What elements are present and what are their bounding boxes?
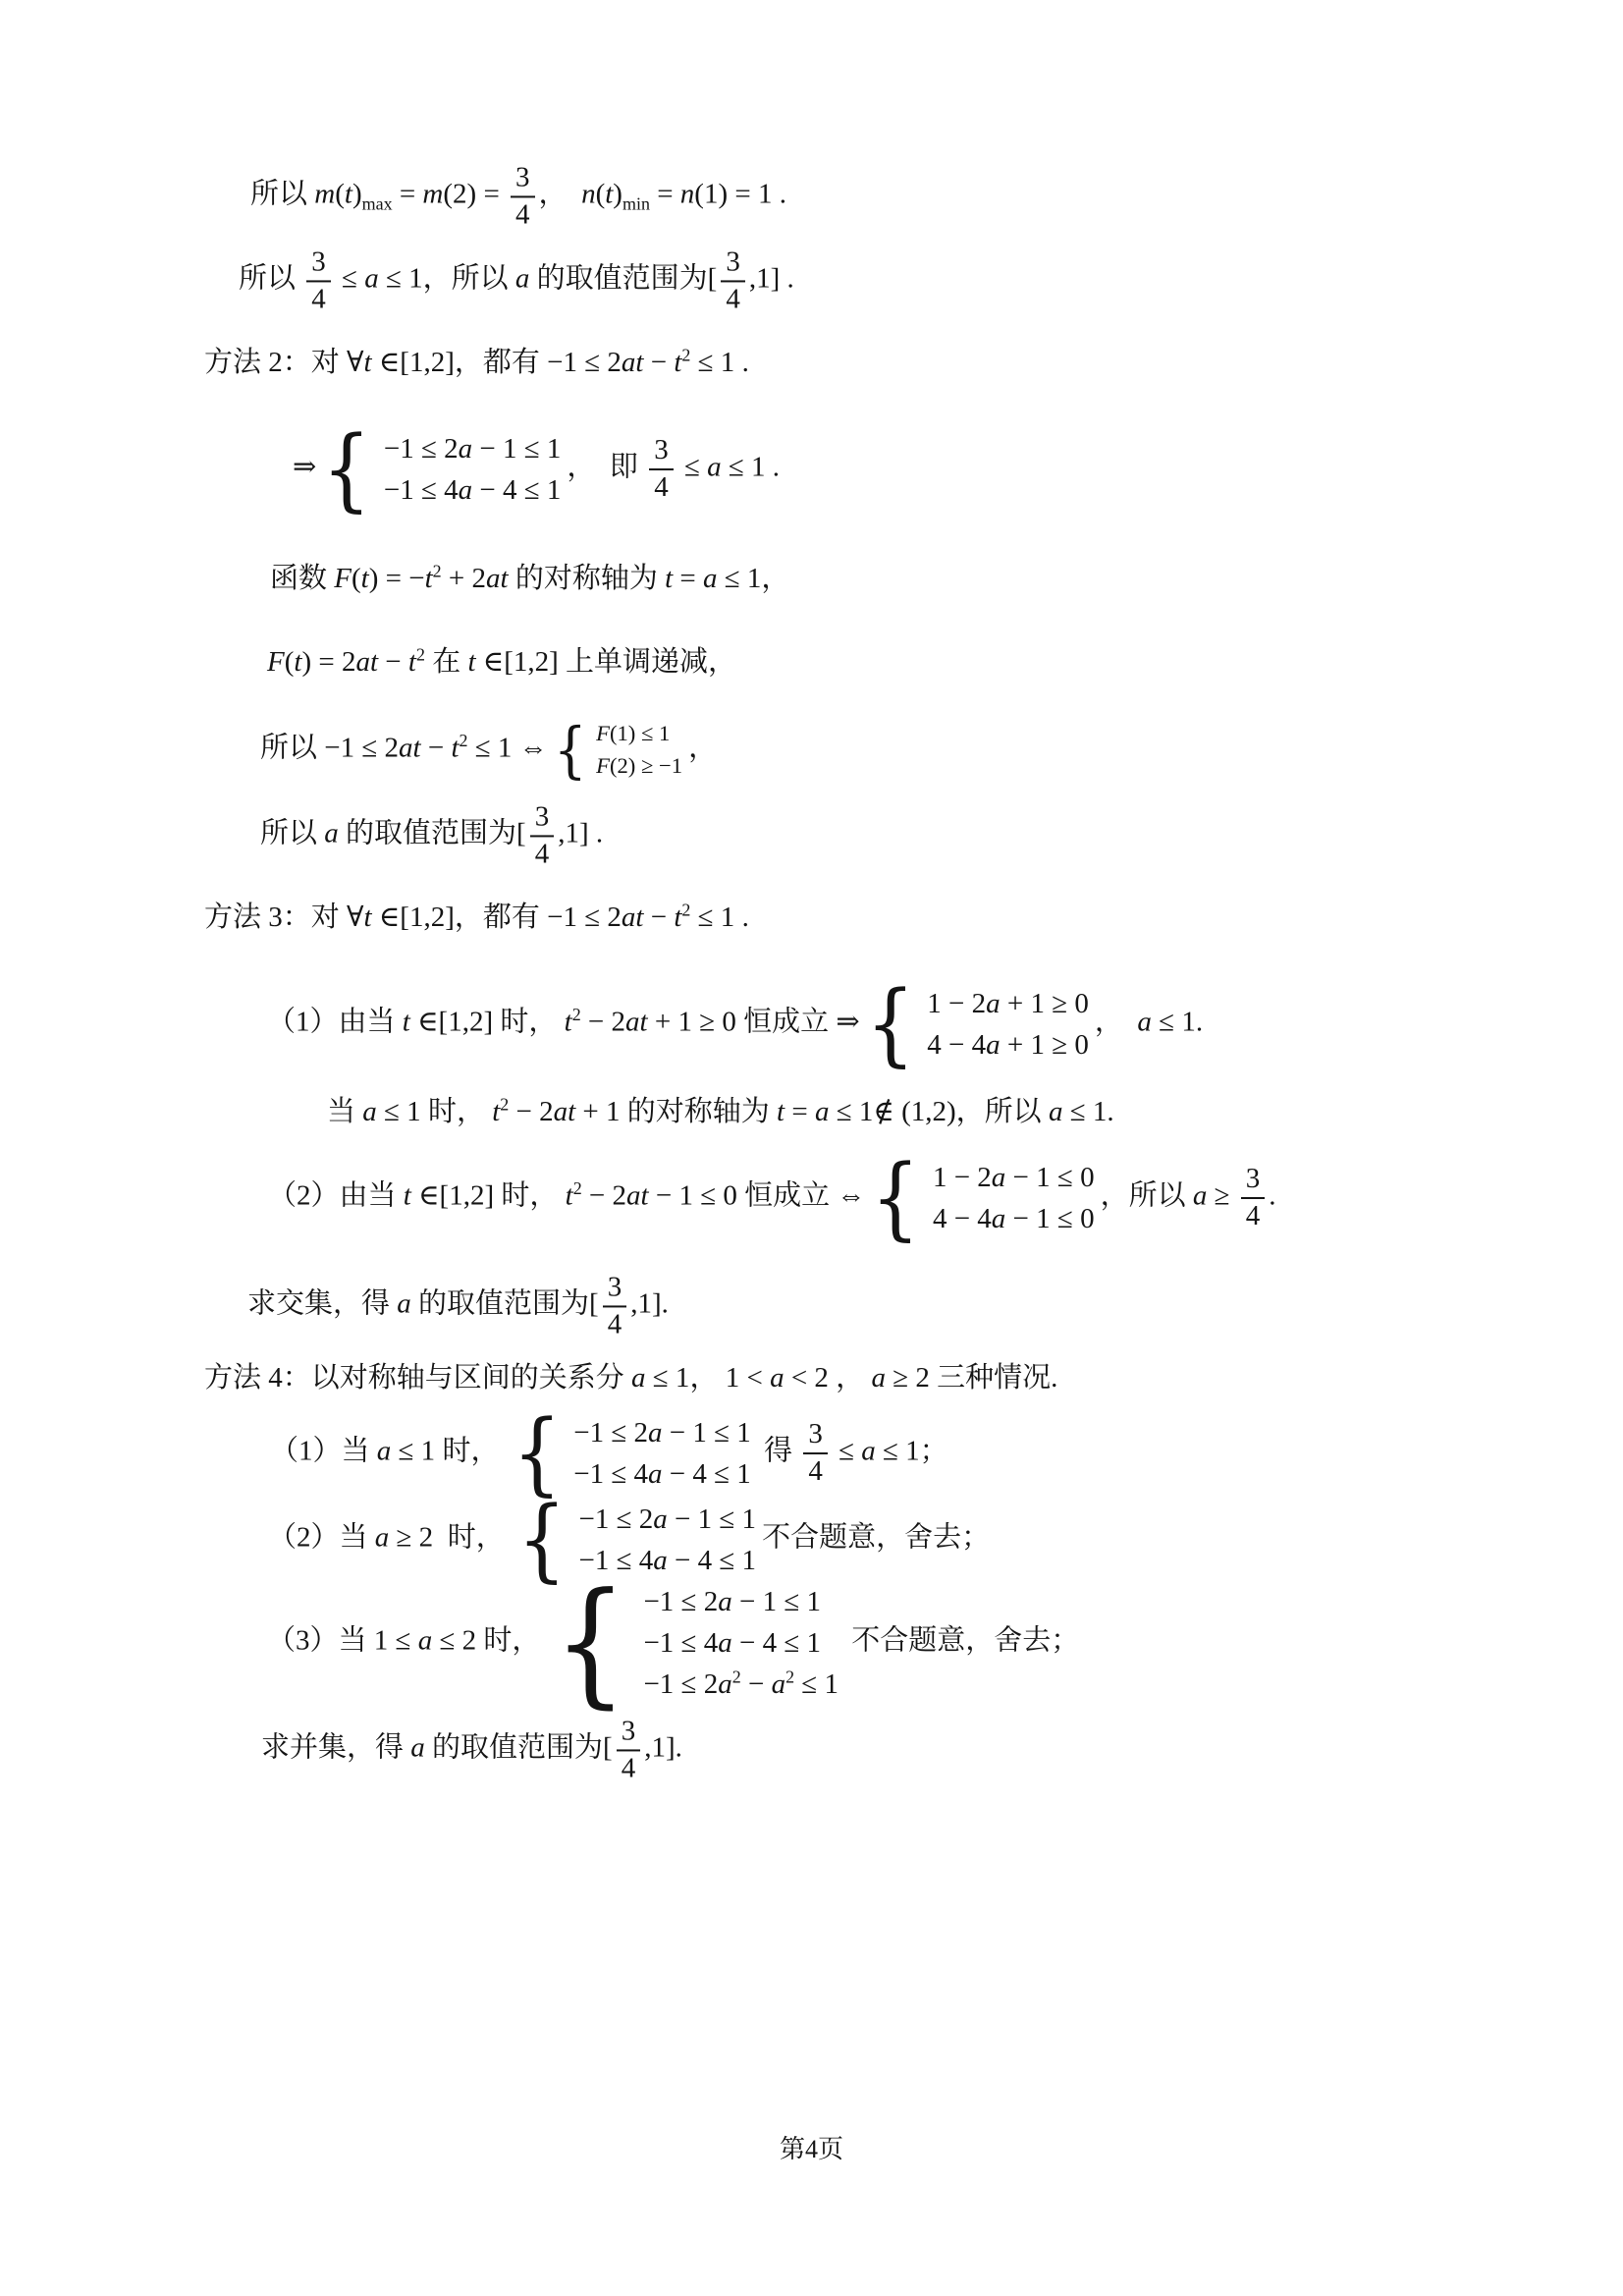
math-run: F <box>334 563 352 594</box>
math-run: t <box>665 563 673 594</box>
cases-row: −1 ≤ 2a − 1 ≤ 1 <box>573 1412 751 1453</box>
text-run: ，所以 <box>1101 1180 1193 1212</box>
fraction-denominator: 4 <box>306 282 331 314</box>
math-run: a <box>377 1436 392 1467</box>
math-run: ( <box>352 563 361 594</box>
superscript: 2 <box>785 1667 794 1686</box>
math-run: −1 ≤ 2 <box>579 1503 654 1535</box>
math-run: ) = 2 <box>301 646 355 678</box>
math-run: t <box>467 646 475 678</box>
page-number-footer: 第4页 <box>0 2129 1623 2165</box>
left-brace-icon: { <box>871 1153 920 1243</box>
superscript: 2 <box>460 731 468 750</box>
text-run: 时， <box>493 1007 565 1038</box>
math-line: （1）由当 t ∈[1,2] 时， t2 − 2at + 1 ≥ 0 恒成立 ⇒… <box>267 979 1203 1069</box>
math-run: −1 ≤ 4 <box>643 1627 718 1659</box>
math-run: ∀ <box>347 347 364 378</box>
math-run: ≥ 2 <box>389 1522 433 1554</box>
text-run: ， <box>539 179 582 210</box>
text-run: . <box>780 263 794 295</box>
cases-rows: −1 ≤ 2a − 1 ≤ 1−1 ≤ 4a − 4 ≤ 1−1 ≤ 2a2 −… <box>643 1581 839 1705</box>
cases-rows: −1 ≤ 2a − 1 ≤ 1−1 ≤ 4a − 4 ≤ 1 <box>384 428 562 511</box>
math-run: a <box>410 1732 425 1764</box>
math-run: a <box>362 1096 377 1127</box>
math-line: 方法 3：对 ∀t ∈[1,2]，都有 −1 ≤ 2at − t2 ≤ 1 . <box>204 900 749 937</box>
text-run: 三种情况. <box>930 1362 1058 1394</box>
left-brace-icon: { <box>554 1575 627 1711</box>
fraction-denominator: 4 <box>617 1751 641 1783</box>
math-run: a <box>718 1627 732 1659</box>
fraction-numerator: 3 <box>603 1273 627 1307</box>
text-run: 的取值范围为 <box>529 263 707 295</box>
math-run: t <box>425 563 433 594</box>
cases-row: F(1) ≤ 1 <box>596 718 682 750</box>
math-run: ∀ <box>347 902 364 933</box>
math-run: a <box>324 818 339 849</box>
math-run: a <box>653 1545 668 1576</box>
text-run: ， <box>688 733 717 764</box>
text-run: 时， <box>476 1625 548 1657</box>
math-run: a <box>1049 1096 1063 1127</box>
cases-row: −1 ≤ 4a − 4 ≤ 1 <box>573 1453 751 1495</box>
left-brace-icon: { <box>866 979 915 1069</box>
math-run: ⇒ <box>836 1007 859 1038</box>
math-run: t <box>364 902 372 933</box>
text-run: . <box>766 452 781 483</box>
text-run: 当 <box>327 1096 362 1127</box>
superscript: 2 <box>500 1095 509 1115</box>
math-run: ≥ <box>1207 1180 1236 1212</box>
text-run: 上单调递减， <box>559 646 736 678</box>
math-run: = <box>673 563 703 594</box>
math-run: (2) = <box>443 179 507 210</box>
subscript: max <box>362 193 393 213</box>
cases-system: {−1 ≤ 2a − 1 ≤ 1−1 ≤ 4a − 4 ≤ 1 <box>322 424 561 515</box>
text-run: ，都有 <box>455 347 547 378</box>
math-run: 1 − 2 <box>927 988 986 1019</box>
text-run: ， <box>761 563 789 594</box>
math-run: ≤ 1 <box>377 1096 421 1127</box>
math-line: （1）当 a ≤ 1 时， {−1 ≤ 2a − 1 ≤ 1−1 ≤ 4a − … <box>270 1408 948 1499</box>
math-run: at <box>486 563 509 594</box>
fraction-numerator: 3 <box>306 247 331 282</box>
math-run: a <box>515 263 530 295</box>
text-run: 所以 <box>250 179 314 210</box>
text-run: 所以 <box>260 733 324 764</box>
text-run: . <box>589 818 604 849</box>
fraction-denominator: 4 <box>530 837 555 869</box>
math-run: a <box>703 563 718 594</box>
math-run: a <box>718 1668 732 1700</box>
text-run: 的取值范围为 <box>411 1288 589 1320</box>
math-run: a <box>770 1362 784 1394</box>
math-run: ,1] <box>630 1288 661 1320</box>
math-run: 4 − 4 <box>933 1203 992 1234</box>
fraction: 34 <box>721 247 745 313</box>
text-run: ， <box>1095 1007 1138 1038</box>
cases-rows: 1 − 2a + 1 ≥ 04 − 4a + 1 ≥ 0 <box>927 983 1089 1066</box>
superscript: 2 <box>573 1178 582 1198</box>
cases-row: 1 − 2a + 1 ≥ 0 <box>927 983 1089 1024</box>
math-run: − 2 <box>509 1096 553 1127</box>
text-run: ， <box>689 1362 725 1394</box>
math-line: （2）当 a ≥ 2 时， {−1 ≤ 2a − 1 ≤ 1−1 ≤ 4a − … <box>268 1495 990 1585</box>
math-run: t <box>565 1007 572 1038</box>
math-line: 方法 2：对 ∀t ∈[1,2]，都有 −1 ≤ 2at − t2 ≤ 1 . <box>204 345 749 382</box>
math-run: ≤ 1 <box>391 1436 435 1467</box>
math-run: −1 ≤ 4 <box>573 1458 648 1490</box>
math-run: t <box>566 1180 573 1212</box>
text-run: 不合题意，舍去； <box>844 1625 1079 1657</box>
math-run: ≤ 1 <box>646 1362 690 1394</box>
text-run: ，所以 <box>956 1096 1049 1127</box>
math-run: −1 ≤ 2 <box>547 347 622 378</box>
text-run: 的取值范围为 <box>339 818 516 849</box>
math-run: ≤ 1 <box>876 1436 920 1467</box>
text-run: . <box>1196 1007 1203 1038</box>
fraction: 34 <box>306 247 331 313</box>
math-run: + 2 <box>442 563 486 594</box>
math-run: − 1 ≤ 0 <box>649 1180 737 1212</box>
text-run: ， 即 <box>567 452 645 483</box>
math-run: ) <box>613 179 622 210</box>
text-run: 时， <box>494 1180 566 1212</box>
cases-system: {1 − 2a − 1 ≤ 04 − 4a − 1 ≤ 0 <box>871 1153 1094 1243</box>
math-run: n <box>581 179 596 210</box>
fraction-denominator: 4 <box>511 197 535 230</box>
math-run: + 1 <box>575 1096 620 1127</box>
math-run: at <box>625 1007 648 1038</box>
math-run: t <box>408 646 416 678</box>
math-line: 所以 m(t)max = m(2) = 34， n(t)min = n(1) =… <box>250 163 786 229</box>
math-run: ∈[1,2] <box>410 1007 493 1038</box>
math-run: F <box>267 646 285 678</box>
fraction-denominator: 4 <box>1241 1199 1266 1231</box>
math-run: a <box>653 1503 668 1535</box>
math-run: ∈[1,2] <box>411 1180 494 1212</box>
math-run: − 1 ≤ 1 <box>472 433 561 465</box>
math-run: a <box>459 433 473 465</box>
fraction-denominator: 4 <box>649 470 674 503</box>
math-run: ∈[1,2] <box>476 646 559 678</box>
math-run: ,1] <box>644 1732 675 1764</box>
math-run: a <box>631 1362 646 1394</box>
math-run: ∈[1,2] <box>372 902 455 933</box>
math-run: a <box>871 1362 886 1394</box>
text-run: . <box>1269 1180 1275 1212</box>
math-run: ( <box>596 179 606 210</box>
math-run: −1 ≤ 2 <box>547 902 622 933</box>
math-run: ≤ <box>832 1436 861 1467</box>
math-run: [ <box>516 818 526 849</box>
math-run: a <box>364 263 379 295</box>
math-run: −1 ≤ 2 <box>384 433 459 465</box>
math-run: F <box>596 721 610 745</box>
math-run: at <box>622 902 644 933</box>
math-run: at <box>355 646 378 678</box>
cases-row: −1 ≤ 4a − 4 ≤ 1 <box>643 1622 839 1664</box>
math-run: a <box>707 452 722 483</box>
text-run: （1）由当 <box>267 1007 403 1038</box>
fraction-denominator: 4 <box>721 282 745 314</box>
fraction-numerator: 3 <box>617 1717 641 1751</box>
math-run: − <box>741 1668 772 1700</box>
math-line: 当 a ≤ 1 时， t2 − 2at + 1 的对称轴为 t = a ≤ 1∉… <box>327 1094 1114 1131</box>
fraction: 34 <box>603 1273 627 1339</box>
math-run: − 1 ≤ 1 <box>663 1417 751 1449</box>
math-run: ≤ 1 <box>718 563 762 594</box>
math-run: ≤ 1 <box>690 902 734 933</box>
fraction-numerator: 3 <box>721 247 745 282</box>
math-run: (1) ≤ 1 <box>610 721 670 745</box>
cases-rows: 1 − 2a − 1 ≤ 04 − 4a − 1 ≤ 0 <box>933 1157 1095 1239</box>
text-run: 的对称轴为 <box>509 563 666 594</box>
math-run: a <box>375 1522 390 1554</box>
text-run: . <box>772 179 786 210</box>
text-run: ； <box>920 1436 948 1467</box>
fraction-denominator: 4 <box>603 1307 627 1339</box>
text-run: （2）当 <box>268 1522 375 1554</box>
math-line: ⇒{−1 ≤ 2a − 1 ≤ 1−1 ≤ 4a − 4 ≤ 1， 即 34 ≤… <box>293 424 780 515</box>
math-run: < 2 <box>784 1362 829 1394</box>
cases-rows: −1 ≤ 2a − 1 ≤ 1−1 ≤ 4a − 4 ≤ 1 <box>573 1412 751 1495</box>
cases-rows: F(1) ≤ 1F(2) ≥ −1 <box>596 718 682 783</box>
cases-row: −1 ≤ 2a − 1 ≤ 1 <box>643 1581 839 1622</box>
math-run: t <box>403 1007 410 1038</box>
fraction: 34 <box>530 802 555 868</box>
math-run: 1 < <box>726 1362 770 1394</box>
superscript: 2 <box>416 645 425 665</box>
math-run: − 4 ≤ 1 <box>472 474 561 506</box>
math-run: ,1] <box>749 263 780 295</box>
math-line: 所以 a 的取值范围为[34,1] . <box>260 802 603 868</box>
fraction: 34 <box>649 436 674 502</box>
math-line: 方法 4：以对称轴与区间的关系分 a ≤ 1， 1 < a < 2 ， a ≥ … <box>204 1360 1057 1397</box>
text-run: 方法 3：对 <box>204 902 347 933</box>
text-run: . <box>662 1288 669 1320</box>
math-run: (2) ≥ −1 <box>610 753 682 778</box>
text-run: 求并集，得 <box>261 1732 410 1764</box>
math-run: − 1 ≤ 1 <box>732 1586 821 1617</box>
math-run: −1 ≤ 2 <box>643 1668 718 1700</box>
cases-system: {F(1) ≤ 1F(2) ≥ −1 <box>554 718 682 783</box>
math-run: (1) = 1 <box>694 179 772 210</box>
math-run: ≤ 1 <box>1062 1096 1107 1127</box>
cases-row: −1 ≤ 2a − 1 ≤ 1 <box>579 1499 757 1540</box>
cases-row: −1 ≤ 2a − 1 ≤ 1 <box>384 428 562 469</box>
text-run: （2）由当 <box>268 1180 404 1212</box>
fraction-numerator: 3 <box>511 163 535 197</box>
text-run: . <box>1107 1096 1113 1127</box>
math-line: 所以 −1 ≤ 2at − t2 ≤ 1 ⇔{F(1) ≤ 1F(2) ≥ −1… <box>260 718 717 783</box>
cases-system: {−1 ≤ 2a − 1 ≤ 1−1 ≤ 4a − 4 ≤ 1−1 ≤ 2a2 … <box>554 1575 839 1711</box>
math-run: ≤ <box>335 263 364 295</box>
fraction-numerator: 3 <box>530 802 555 837</box>
math-run: = <box>784 1096 815 1127</box>
math-run: [ <box>603 1732 613 1764</box>
cases-system: {−1 ≤ 2a − 1 ≤ 1−1 ≤ 4a − 4 ≤ 1 <box>513 1408 751 1499</box>
math-run: t <box>777 1096 784 1127</box>
math-run: at <box>399 733 421 764</box>
math-run: ≤ 1 <box>794 1668 839 1700</box>
math-run: t <box>451 733 459 764</box>
superscript: 2 <box>732 1667 741 1686</box>
math-run: a <box>992 1162 1006 1193</box>
text-run: 不合题意，舍去； <box>762 1522 990 1554</box>
text-run: 时， <box>433 1522 512 1554</box>
cases-row: −1 ≤ 4a − 4 ≤ 1 <box>384 469 562 511</box>
math-line: （3）当 1 ≤ a ≤ 2 时， {−1 ≤ 2a − 1 ≤ 1−1 ≤ 4… <box>267 1575 1079 1711</box>
math-run: − 2 <box>582 1180 626 1212</box>
math-line: 求交集，得 a 的取值范围为[34,1]. <box>247 1273 669 1339</box>
math-run: a <box>718 1586 732 1617</box>
math-run: = <box>393 179 423 210</box>
fraction: 34 <box>617 1717 641 1782</box>
math-run: −1 ≤ 2 <box>573 1417 648 1449</box>
math-line: 函数 F(t) = −t2 + 2at 的对称轴为 t = a ≤ 1， <box>270 561 789 598</box>
math-run: a <box>992 1203 1006 1234</box>
cases-row: F(2) ≥ −1 <box>596 750 682 783</box>
text-run: （1）当 <box>270 1436 377 1467</box>
math-run: t <box>361 563 369 594</box>
math-run: t <box>364 347 372 378</box>
math-run: [ <box>589 1288 599 1320</box>
text-run: 在 <box>425 646 468 678</box>
left-brace-icon: { <box>322 424 371 515</box>
math-run: − <box>643 347 674 378</box>
math-run: −1 ≤ 2 <box>643 1586 718 1617</box>
math-run: ) <box>352 179 362 210</box>
math-run: ≤ 2 <box>432 1625 476 1657</box>
math-run: ≤ 1 <box>690 347 734 378</box>
math-run: + 1 ≥ 0 <box>1001 988 1089 1019</box>
math-run: − 4 ≤ 1 <box>732 1627 821 1659</box>
math-run: ≤ 1 ⇔ <box>468 733 548 764</box>
text-run: 所以 <box>260 818 324 849</box>
text-run: 恒成立 <box>737 1180 838 1212</box>
text-run: 的对称轴为 <box>621 1096 778 1127</box>
math-run: at <box>626 1180 649 1212</box>
math-run: − 1 ≤ 1 <box>668 1503 756 1535</box>
cases-system: {1 − 2a + 1 ≥ 04 − 4a + 1 ≥ 0 <box>866 979 1089 1069</box>
text-run: 方法 2：对 <box>204 347 347 378</box>
math-run: a <box>772 1668 786 1700</box>
math-run: ≤ <box>677 452 707 483</box>
text-run: 得 <box>757 1436 800 1467</box>
math-run: m <box>314 179 335 210</box>
math-run: [ <box>708 263 718 295</box>
text-run: 恒成立 <box>736 1007 837 1038</box>
math-run: ( <box>285 646 295 678</box>
math-run: ≥ 2 <box>886 1362 930 1394</box>
math-run: n <box>680 179 695 210</box>
math-run: ≤ 1∉ (1,2) <box>829 1096 955 1127</box>
math-run: − <box>421 733 452 764</box>
math-run: + 1 ≥ 0 <box>1001 1029 1089 1061</box>
math-line: F(t) = 2at − t2 在 t ∈[1,2] 上单调递减， <box>267 644 736 682</box>
fraction: 34 <box>1241 1165 1266 1230</box>
math-run: ⇔ <box>837 1180 865 1212</box>
math-run: t <box>345 179 352 210</box>
text-run: . <box>734 347 749 378</box>
document-body: 所以 m(t)max = m(2) = 34， n(t)min = n(1) =… <box>0 0 1623 2296</box>
math-run: t <box>404 1180 411 1212</box>
math-run: − 2 <box>581 1007 625 1038</box>
text-run: ，所以 <box>423 263 515 295</box>
math-run: ,1] <box>558 818 588 849</box>
math-run: − <box>643 902 674 933</box>
math-run: − 4 ≤ 1 <box>668 1545 756 1576</box>
superscript: 2 <box>572 1005 581 1024</box>
text-run: 时， <box>421 1096 493 1127</box>
math-run: a <box>459 474 473 506</box>
math-run: a <box>986 988 1001 1019</box>
math-run: 1 ≤ <box>374 1625 418 1657</box>
math-run: a <box>815 1096 830 1127</box>
text-run: ，都有 <box>455 902 547 933</box>
text-run: 求交集，得 <box>247 1288 397 1320</box>
fraction: 34 <box>803 1420 828 1486</box>
text-run: 函数 <box>270 563 334 594</box>
math-run: ( <box>335 179 345 210</box>
math-run: − <box>378 646 408 678</box>
math-run: −1 ≤ 2 <box>324 733 399 764</box>
math-run: a <box>861 1436 876 1467</box>
fraction-numerator: 3 <box>803 1420 828 1454</box>
text-run: . <box>676 1732 682 1764</box>
text-run: 的取值范围为 <box>425 1732 603 1764</box>
superscript: 2 <box>433 562 442 581</box>
math-run: + 1 ≥ 0 <box>648 1007 736 1038</box>
text-run: ， <box>829 1362 872 1394</box>
math-run: F <box>596 753 610 778</box>
math-run: at <box>622 347 644 378</box>
fraction-denominator: 4 <box>803 1454 828 1487</box>
math-run: a <box>648 1458 663 1490</box>
math-run: = <box>650 179 680 210</box>
left-brace-icon: { <box>513 1408 562 1499</box>
text-run: （3）当 <box>267 1625 374 1657</box>
math-line: （2）由当 t ∈[1,2] 时， t2 − 2at − 1 ≤ 0 恒成立 ⇔… <box>268 1153 1276 1243</box>
math-run: ⇒ <box>293 452 316 483</box>
fraction-numerator: 3 <box>1241 1165 1266 1199</box>
cases-row: 1 − 2a − 1 ≤ 0 <box>933 1157 1095 1198</box>
math-run: −1 ≤ 4 <box>384 474 459 506</box>
cases-row: 4 − 4a − 1 ≤ 0 <box>933 1198 1095 1239</box>
math-run: ∈[1,2] <box>372 347 455 378</box>
math-run: ≤ 1 <box>379 263 423 295</box>
math-run: ≤ 1 <box>722 452 766 483</box>
math-run: − 1 ≤ 0 <box>1005 1203 1094 1234</box>
text-run: 所以 <box>239 263 302 295</box>
math-run: a <box>397 1288 411 1320</box>
math-run: m <box>422 179 443 210</box>
text-run: 时， <box>435 1436 507 1467</box>
math-run: − 1 ≤ 0 <box>1005 1162 1094 1193</box>
math-line: 所以 34 ≤ a ≤ 1，所以 a 的取值范围为[34,1] . <box>239 247 794 313</box>
cases-row: 4 − 4a + 1 ≥ 0 <box>927 1024 1089 1066</box>
text-run: 方法 4：以对称轴与区间的关系分 <box>204 1362 631 1394</box>
math-run: a <box>1137 1007 1152 1038</box>
subscript: min <box>622 193 650 213</box>
left-brace-icon: { <box>554 720 587 781</box>
fraction: 34 <box>511 163 535 229</box>
cases-row: −1 ≤ 2a2 − a2 ≤ 1 <box>643 1664 839 1705</box>
fraction-numerator: 3 <box>649 436 674 470</box>
document-page: 所以 m(t)max = m(2) = 34， n(t)min = n(1) =… <box>0 0 1623 2296</box>
text-run: . <box>734 902 749 933</box>
math-run: ) = − <box>369 563 425 594</box>
